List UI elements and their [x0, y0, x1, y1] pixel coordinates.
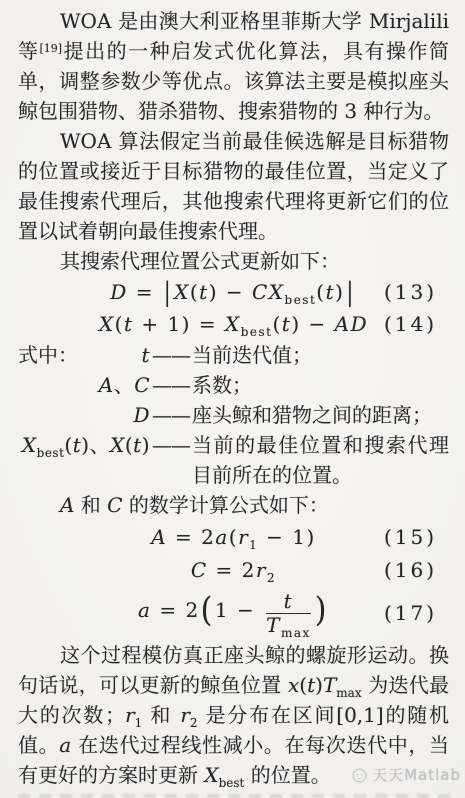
paragraph-woa-intro: WOA 是由澳大利亚格里菲斯大学 Mirjalili 等[19]提出的一种启发式…	[18, 6, 449, 126]
paper-page: WOA 是由澳大利亚格里菲斯大学 Mirjalili 等[19]提出的一种启发式…	[0, 0, 465, 798]
equation-13-number: (13)	[384, 277, 437, 307]
mascot-logo-icon	[351, 767, 368, 784]
equation-14-body: X(t + 1) = Xbest(t) − AD	[99, 309, 368, 339]
definition-row-t: t —— 当前迭代值；	[18, 340, 449, 370]
right-paren: )	[314, 594, 329, 628]
equation-15: A = 2a(r1 − 1) (15)	[18, 520, 449, 553]
definition-row-d: D —— 座头鲸和猎物之间的距离；	[18, 400, 449, 430]
watermark: 天天Matlab	[351, 760, 461, 790]
where-label: 式中：	[18, 340, 78, 370]
formula-intro-line: 其搜索代理位置公式更新如下：	[18, 246, 449, 276]
watermark-label: 天天Matlab	[372, 760, 461, 790]
where-definition-list: 式中： t —— 当前迭代值； A、C —— 系数； D —— 座头鲸和猎物之间…	[18, 340, 449, 490]
definition-row-xbest: Xbest(t)、X(t) —— 当前的最佳位置和搜索代理目前所在的位置。	[18, 430, 449, 490]
fraction-t-over-tmax: tTmax	[266, 591, 311, 636]
left-paren: (	[200, 594, 215, 628]
equation-14: X(t + 1) = Xbest(t) − AD (14)	[18, 308, 449, 340]
equation-14-number: (14)	[384, 309, 437, 339]
ac-formula-intro-line: A 和 C 的数学计算公式如下：	[18, 490, 449, 520]
definition-row-ac: A、C —— 系数；	[18, 370, 449, 400]
equation-15-body: A = 2a(r1 − 1)	[151, 522, 316, 552]
paragraph-text: 提出的一种启发式优化算法，具有操作简单，调整参数少等优点。该算法主要是模拟座头鲸…	[18, 39, 449, 123]
citation-19: [19]	[40, 42, 63, 55]
equation-17-number: (17)	[384, 598, 437, 628]
equation-13-body: D = |X(t) − CXbest(t)|	[110, 277, 356, 307]
equation-17-body: a = 2(1 − tTmax)	[138, 591, 329, 636]
equation-16-number: (16)	[384, 555, 437, 585]
equation-17: a = 2(1 − tTmax) (17)	[18, 586, 449, 640]
paragraph-woa-assumption: WOA 算法假定当前最佳候选解是目标猎物的位置或接近于目标猎物的最佳位置，当定义…	[18, 126, 449, 246]
equation-15-number: (15)	[384, 522, 437, 552]
equation-13: D = |X(t) − CXbest(t)| (13)	[18, 276, 449, 308]
cropped-next-line	[18, 794, 451, 798]
equation-16: C = 2r2 (16)	[18, 553, 449, 586]
equation-16-body: C = 2r2	[191, 555, 276, 585]
